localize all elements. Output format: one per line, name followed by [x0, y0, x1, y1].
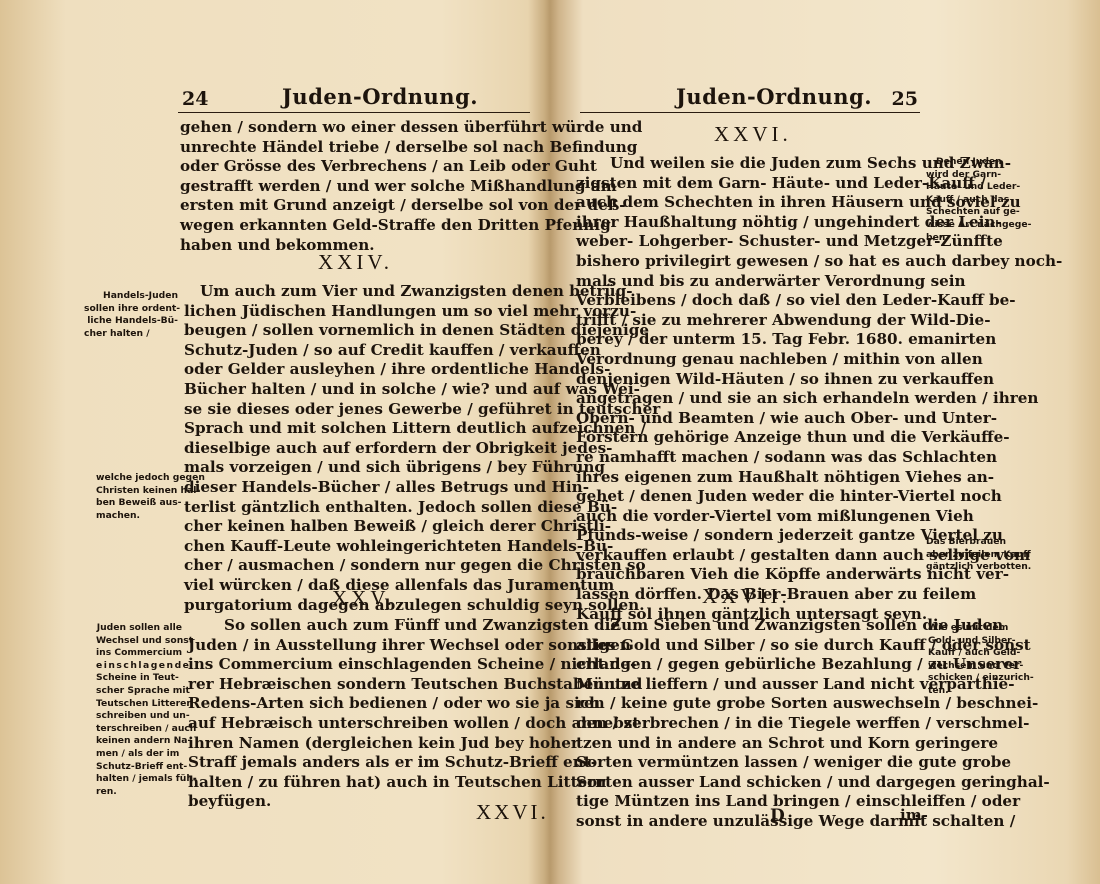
note-line: Wechsel und sonst: [96, 635, 182, 648]
note-line: scher Sprache mit: [96, 685, 182, 698]
text-line: se sie dieses oder jenes Gewerbe / gefüh…: [184, 400, 534, 420]
text-line: gehet / denen Juden weder die hinter-Vie…: [576, 487, 922, 507]
note-line: halten / jemals füh-: [96, 773, 182, 786]
note-line: einschlagende: [96, 660, 182, 673]
note-line: Kauff / auch Geld-: [928, 647, 1016, 660]
text-line: gestrafft werden / und wer solche Mißhan…: [180, 177, 532, 197]
text-line: Bücher halten / und in solche / wie? und…: [184, 380, 534, 400]
note-line: sollen ihre ordent-: [84, 303, 178, 316]
marginal-note: Juden sollen alle Wechsel und sonst ins …: [96, 622, 182, 798]
marginal-note: Denen Juden wird der Garn- Häute- und Le…: [926, 156, 1014, 244]
text-line: bishero privilegirt gewesen / so hat es …: [576, 252, 922, 272]
text-line: dieselbige auch auf erfordern der Obrigk…: [184, 439, 534, 459]
text-line: Verbleibens / doch daß / so viel den Led…: [576, 291, 922, 311]
text-line: chen Kauff-Leute wohleingerichteten Hand…: [184, 537, 534, 557]
text-line: Und weilen sie die Juden zum Sechs und Z…: [576, 154, 922, 174]
text-line: dieser Handels-Bücher / alles Betrugs un…: [184, 478, 534, 498]
note-line: Schutz-Brieff ent-: [96, 761, 182, 774]
continuation-paragraph: gehen / sondern wo einer dessen überführ…: [180, 118, 532, 255]
left-running-title: Juden-Ordnung.: [282, 84, 478, 109]
text-line: Juden / in Ausstellung ihrer Wechsel ode…: [188, 636, 534, 656]
left-page: 24 Juden-Ordnung. gehen / sondern wo ein…: [0, 0, 548, 884]
marginal-note: Wie es mit dem Gold- und Silber- Kauff /…: [928, 622, 1016, 698]
text-line: beugen / sollen vornemlich in denen Städ…: [184, 321, 534, 341]
text-line: halten / zu führen hat) auch in Teutsche…: [188, 773, 534, 793]
catchword: im-: [900, 806, 928, 824]
note-line: welche jedoch gegen: [96, 472, 180, 485]
note-line: Wie es mit dem: [928, 622, 1016, 635]
text-line: ihren Namen (dergleichen kein Jud bey ho…: [188, 734, 534, 754]
text-line: berey / der unterm 15. Tag Febr. 1680. e…: [576, 330, 922, 350]
note-line: men / als der im: [96, 748, 182, 761]
note-line: wisse Art nachgege-: [926, 219, 1014, 232]
note-line: gäntzlich verbotten.: [926, 561, 1014, 574]
text-line: mals vorzeigen / und sich übrigens / bey…: [184, 458, 534, 478]
catchword: XXVI.: [476, 800, 549, 825]
text-line: alles Gold und Silber / so sie durch Kau…: [576, 636, 922, 656]
book-spread: 24 Juden-Ordnung. gehen / sondern wo ein…: [0, 0, 1100, 884]
text-line: Um auch zum Vier und Zwanzigsten denen b…: [184, 282, 534, 302]
signature-mark: D: [770, 806, 785, 826]
text-line: oder Grösse des Verbrechens / an Leib od…: [180, 157, 532, 177]
text-line: Pfunds-weise / sondern jederzeit gantze …: [576, 526, 922, 546]
note-line: schicken / einzurich-: [928, 672, 1016, 685]
text-line: trifft / sie zu mehrerer Abwendung der W…: [576, 311, 922, 331]
text-line: unrechte Händel triebe / derselbe sol na…: [180, 138, 532, 158]
note-line: terschreiben / auch: [96, 723, 182, 736]
text-line: Sorten ausser Land schicken / und dargeg…: [576, 773, 922, 793]
right-page: Juden-Ordnung. 25 XXVI. Und weilen sie d…: [552, 0, 1100, 884]
text-line: oder Gelder ausleyhen / ihre ordentliche…: [184, 360, 534, 380]
text-line: verkauffen erlaubt / gestalten dann auch…: [576, 546, 922, 566]
note-line: ins Commercium: [96, 647, 182, 660]
note-line: Christen keinen hal-: [96, 485, 180, 498]
left-running-head: 24 Juden-Ordnung.: [178, 84, 530, 113]
note-line: Gold- und Silber-: [928, 635, 1016, 648]
section-xxv-paragraph: So sollen auch zum Fünff und Zwanzigsten…: [188, 616, 534, 812]
note-line: Häute- und Leder-: [926, 181, 1014, 194]
section-xxvi-paragraph: Und weilen sie die Juden zum Sechs und Z…: [576, 154, 922, 624]
text-line: mals und bis zu anderwärter Verordnung s…: [576, 272, 922, 292]
note-line: Das Bierbrauen: [926, 536, 1014, 549]
text-line: gehen / sondern wo einer dessen überführ…: [180, 118, 532, 138]
text-line: tzen und in andere an Schrot und Korn ge…: [576, 734, 922, 754]
marginal-note: Handels-Juden sollen ihre ordent- liche …: [84, 290, 178, 340]
note-line: ben Beweiß aus-: [96, 497, 180, 510]
note-line: Kauff / auch das: [926, 194, 1014, 207]
note-line: cher halten /: [84, 328, 178, 341]
text-line: zigsten mit dem Garn- Häute- und Leder-K…: [576, 174, 922, 194]
text-line: ins Commercium einschlagenden Scheine / …: [188, 655, 534, 675]
text-line: Verordnung genau nachleben / mithin von …: [576, 350, 922, 370]
note-line: Scheine in Teut-: [96, 672, 182, 685]
text-line: Redens-Arten sich bedienen / oder wo sie…: [188, 694, 534, 714]
note-line: ren.: [96, 786, 182, 799]
text-line: tige Müntzen ins Land bringen / einschle…: [576, 792, 922, 812]
text-line: Straff jemals anders als er im Schutz-Br…: [188, 753, 534, 773]
text-line: brauchbaren Vieh die Köpffe anderwärts n…: [576, 565, 922, 585]
note-line: machen.: [96, 510, 180, 523]
text-line: Müntze lieffern / und ausser Land nicht …: [576, 675, 922, 695]
note-line: schreiben und un-: [96, 710, 182, 723]
text-line: Sprach und mit solchen Littern deutlich …: [184, 419, 534, 439]
text-line: ren / keine gute grobe Sorten auswechsel…: [576, 694, 922, 714]
text-line: Sorten vermüntzen lassen / weniger die g…: [576, 753, 922, 773]
note-line: liche Handels-Bü-: [84, 315, 178, 328]
text-line: ersten mit Grund anzeigt / derselbe sol …: [180, 196, 532, 216]
text-line: So sollen auch zum Fünff und Zwanzigsten…: [188, 616, 534, 636]
note-line: aber zu feilem Kauff: [926, 549, 1014, 562]
text-line: erlangen / gegen gebürliche Bezahlung / …: [576, 655, 922, 675]
text-line: Zum Sieben und Zwanzigsten sollen die Ju…: [576, 616, 922, 636]
text-line: denjenigen Wild-Häuten / so ihnen zu ver…: [576, 370, 922, 390]
note-line: Teutschen Litteren: [96, 698, 182, 711]
note-line: keinen andern Na-: [96, 735, 182, 748]
text-line: Schutz-Juden / so auf Credit kauffen / v…: [184, 341, 534, 361]
section-heading-xxvi: XXVI.: [714, 122, 792, 147]
text-line: ihres eigenen zum Haußhalt nöhtigen Vieh…: [576, 468, 922, 488]
right-running-title: Juden-Ordnung.: [676, 84, 872, 109]
text-line: wegen erkannten Geld-Straffe den Dritten…: [180, 216, 532, 236]
note-line: Handels-Juden: [84, 290, 178, 303]
text-line: ihrer Haußhaltung nöhtig / ungehindert d…: [576, 213, 922, 233]
note-line: wechseln und Ver-: [928, 660, 1016, 673]
text-line: Förstern gehörige Anzeige thun und die V…: [576, 428, 922, 448]
right-page-number: 25: [892, 88, 918, 110]
section-xxiv-paragraph: Um auch zum Vier und Zwanzigsten denen b…: [184, 282, 534, 615]
text-line: angetragen / und sie an sich erhandeln w…: [576, 389, 922, 409]
note-line: ben.: [926, 232, 1014, 245]
section-xxvii-paragraph: Zum Sieben und Zwanzigsten sollen die Ju…: [576, 616, 922, 832]
text-line: terlist gäntzlich enthalten. Jedoch soll…: [184, 498, 534, 518]
text-line: cher / ausmachen / sondern nur gegen die…: [184, 556, 534, 576]
marginal-note: Das Bierbrauen aber zu feilem Kauff gänt…: [926, 536, 1014, 574]
text-line: cher keinen halben Beweiß / gleich derer…: [184, 517, 534, 537]
text-line: auch dem Schechten in ihren Häusern und …: [576, 193, 922, 213]
section-heading-xxv: XXV.: [332, 586, 396, 611]
text-line: lichen Jüdischen Handlungen um so viel m…: [184, 302, 534, 322]
text-line: rer Hebræischen sondern Teutschen Buchst…: [188, 675, 534, 695]
text-line: Obern- und Beamten / wie auch Ober- und …: [576, 409, 922, 429]
text-line: den / zerbrechen / in die Tiegele werffe…: [576, 714, 922, 734]
section-heading-xxiv: XXIV.: [318, 250, 393, 275]
note-line: Schechten auf ge-: [926, 206, 1014, 219]
section-heading-xxvii: XXVII.: [702, 584, 791, 609]
text-line: sonst in andere unzulässige Wege darmit …: [576, 812, 922, 832]
text-line: auch die vorder-Viertel vom mißlungenen …: [576, 507, 922, 527]
text-line: re namhafft machen / sodann was das Schl…: [576, 448, 922, 468]
left-page-number: 24: [182, 88, 208, 110]
note-line: wird der Garn-: [926, 169, 1014, 182]
marginal-note: welche jedoch gegen Christen keinen hal-…: [96, 472, 180, 522]
note-line: ten.: [928, 685, 1016, 698]
note-line: Denen Juden: [926, 156, 1014, 169]
right-running-head: Juden-Ordnung. 25: [580, 84, 920, 113]
text-line: auf Hebræisch unterschreiben wollen / do…: [188, 714, 534, 734]
note-line: Juden sollen alle: [96, 622, 182, 635]
text-line: weber- Lohgerber- Schuster- und Metzger-…: [576, 232, 922, 252]
